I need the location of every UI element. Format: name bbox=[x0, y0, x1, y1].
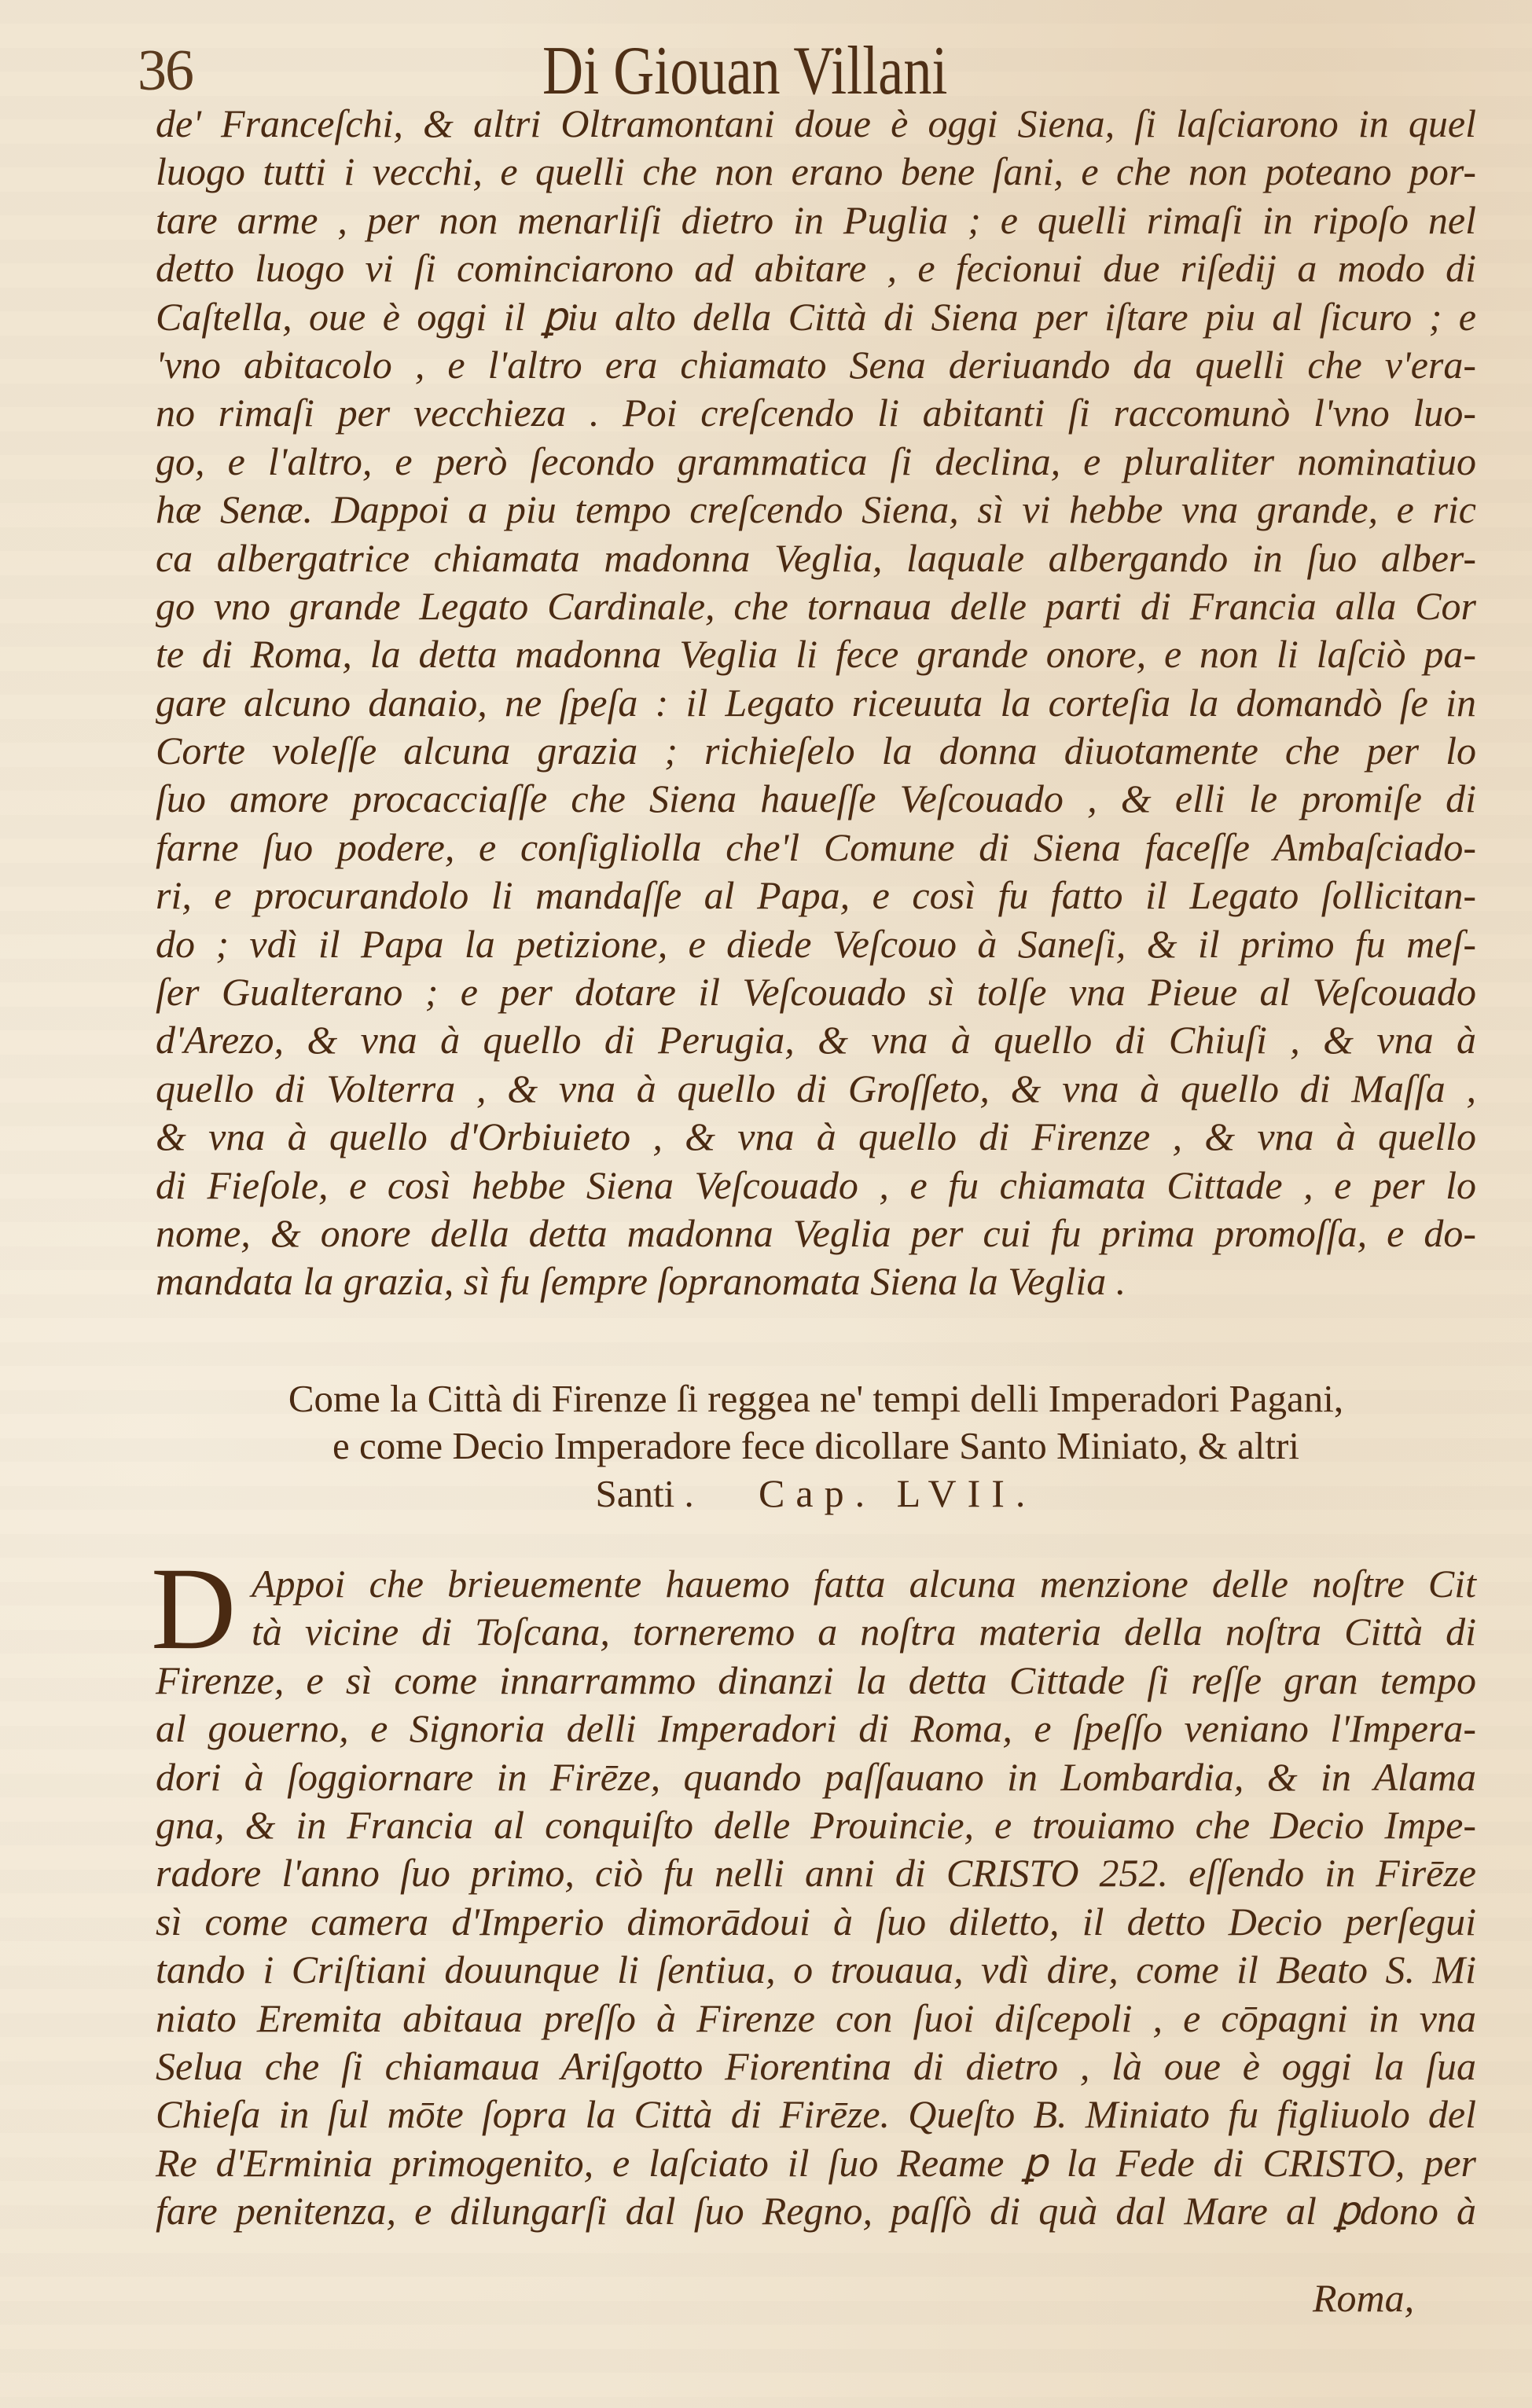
text-line: tando i Criſtiani douunque li ſentiua, o… bbox=[156, 1946, 1476, 1994]
heading-line: Come la Città di Firenze ſi reggea ne' t… bbox=[156, 1375, 1476, 1422]
text-line: Selua che ſi chiamaua Ariſgotto Fiorenti… bbox=[156, 2043, 1476, 2090]
running-title: Di Giouan Villani bbox=[542, 31, 947, 111]
text-line: di Fieſole, e così hebbe Siena Veſcouado… bbox=[156, 1162, 1476, 1210]
catchword: Roma, bbox=[1313, 2275, 1414, 2321]
text-line: ri, e procurandolo li mandaſſe al Papa, … bbox=[156, 872, 1476, 920]
text-line: go, e l'altro, e però ſecondo grammatica… bbox=[156, 438, 1476, 486]
text-line: go vno grande Legato Cardinale, che torn… bbox=[156, 582, 1476, 630]
text-line: Re d'Erminia primogenito, e laſciato il … bbox=[156, 2139, 1476, 2187]
text-line: de' Franceſchi, & altri Oltramontani dou… bbox=[156, 100, 1476, 148]
text-line: fare penitenza, e dilungarſi dal ſuo Reg… bbox=[156, 2187, 1476, 2235]
text-line: Appoi che brieuemente hauemo fatta alcun… bbox=[156, 1560, 1476, 1608]
continued-text-block: de' Franceſchi, & altri Oltramontani dou… bbox=[156, 100, 1476, 1306]
text-line: radore l'anno ſuo primo, ciò fu nelli an… bbox=[156, 1849, 1476, 1897]
heading-line: e come Decio Imperadore fece dicollare S… bbox=[156, 1422, 1476, 1470]
chapter-number-label: Cap. LVII. bbox=[759, 1471, 1036, 1515]
text-line: Corte voleſſe alcuna grazia ; richieſelo… bbox=[156, 727, 1476, 775]
text-line: nome, & onore della detta madonna Veglia… bbox=[156, 1210, 1476, 1257]
text-line: luogo tutti i vecchi, e quelli che non e… bbox=[156, 148, 1476, 196]
text-line: dori à ſoggiornare in Firēze, quando paſ… bbox=[156, 1753, 1476, 1801]
text-line: Firenze, e sì come innarrammo dinanzi la… bbox=[156, 1657, 1476, 1705]
text-line: Chieſa in ſul mōte ſopra la Città di Fir… bbox=[156, 2090, 1476, 2138]
text-line: 'vno abitacolo , e l'altro era chiamato … bbox=[156, 341, 1476, 389]
text-line: ſuo amore procacciaſſe che Siena haueſſe… bbox=[156, 775, 1476, 823]
text-line: gna, & in Francia al conquiſto delle Pro… bbox=[156, 1801, 1476, 1849]
text-line: d'Arezo, & vna à quello di Perugia, & vn… bbox=[156, 1016, 1476, 1064]
chapter-text-block: D Appoi che brieuemente hauemo fatta alc… bbox=[156, 1560, 1476, 2235]
text-line: & vna à quello d'Orbiuieto , & vna à que… bbox=[156, 1113, 1476, 1161]
text-line: ca albergatrice chiamata madonna Veglia,… bbox=[156, 534, 1476, 582]
text-line: gare alcuno danaio, ne ſpeſa : il Legato… bbox=[156, 679, 1476, 727]
text-line: te di Roma, la detta madonna Veglia li f… bbox=[156, 630, 1476, 678]
text-line: no rimaſi per vecchieza . Poi creſcendo … bbox=[156, 389, 1476, 437]
text-line: ſer Gualterano ; e per dotare il Veſcoua… bbox=[156, 968, 1476, 1016]
text-line: Caſtella, oue è oggi il ꝑiu alto della C… bbox=[156, 293, 1476, 341]
text-line: sì come camera d'Imperio dimorādoui à ſu… bbox=[156, 1898, 1476, 1946]
text-line: tare arme , per non menarliſi dietro in … bbox=[156, 196, 1476, 244]
text-line: al gouerno, e Signoria delli Imperadori … bbox=[156, 1705, 1476, 1753]
text-line: detto luogo vi ſi cominciarono ad abitar… bbox=[156, 244, 1476, 292]
heading-last-word: Santi . bbox=[596, 1472, 694, 1515]
text-line: hæ Senæ. Dappoi a piu tempo creſcendo Si… bbox=[156, 486, 1476, 534]
text-line: do ; vdì il Papa la petizione, e diede V… bbox=[156, 920, 1476, 968]
text-line: tà vicine di Toſcana, torneremo a noſtra… bbox=[156, 1608, 1476, 1656]
text-line: mandata la grazia, sì fu ſempre ſopranom… bbox=[156, 1257, 1476, 1305]
drop-cap-initial: D bbox=[151, 1562, 236, 1656]
folio-number: 36 bbox=[138, 38, 193, 105]
book-page: 36 Di Giouan Villani de' Franceſchi, & a… bbox=[0, 0, 1532, 2408]
chapter-heading: Come la Città di Firenze ſi reggea ne' t… bbox=[156, 1375, 1476, 1517]
text-line: niato Eremita abitaua preſſo à Firenze c… bbox=[156, 1995, 1476, 2043]
text-line: quello di Volterra , & vna à quello di G… bbox=[156, 1065, 1476, 1113]
text-line: farne ſuo podere, e conſigliolla che'l C… bbox=[156, 824, 1476, 872]
heading-line-final: Santi . Cap. LVII. bbox=[156, 1470, 1476, 1517]
